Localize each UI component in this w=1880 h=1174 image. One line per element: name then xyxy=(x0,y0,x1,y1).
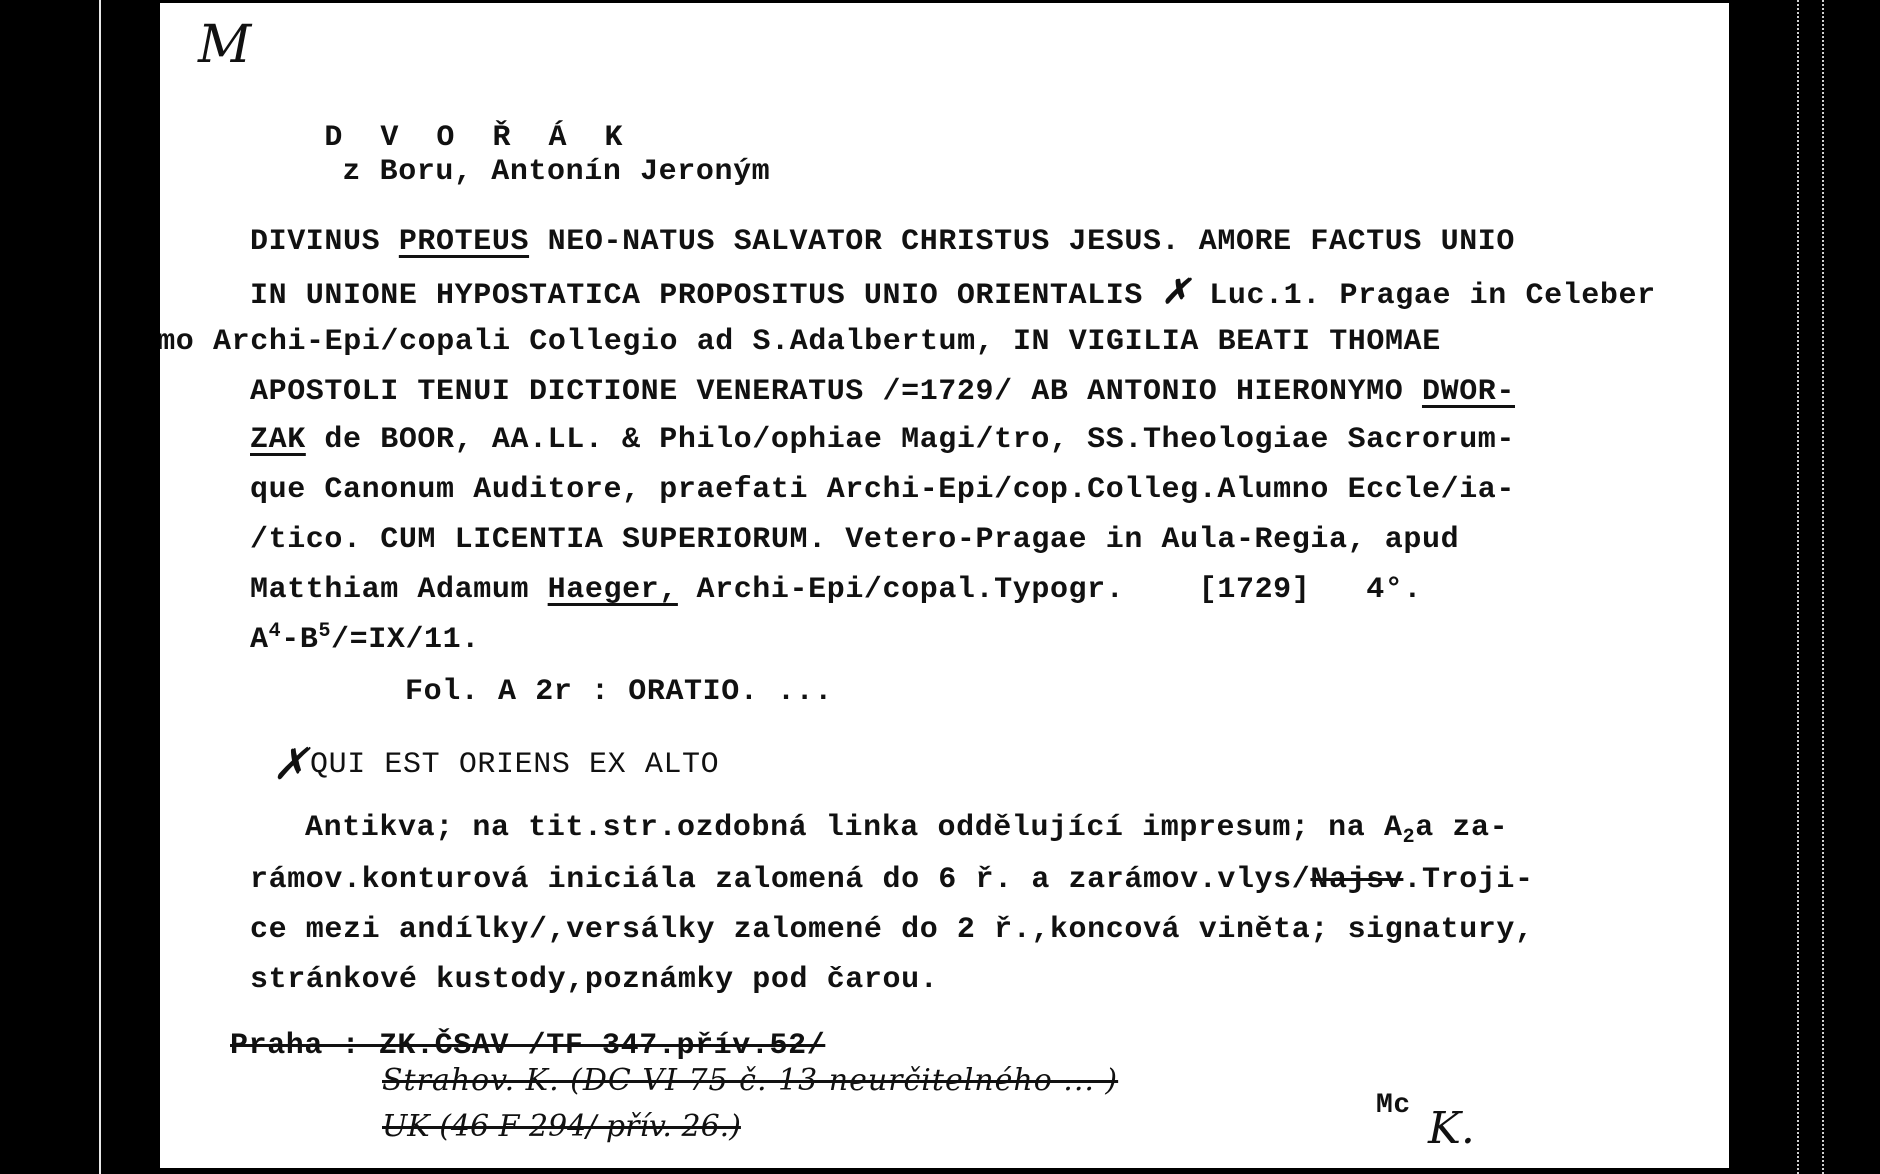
title-line-1: DIVINUS PROTEUS NEO-NATUS SALVATOR CHRIS… xyxy=(250,225,1515,259)
title-line-7: /tico. CUM LICENTIA SUPERIORUM. Vetero-P… xyxy=(250,523,1459,557)
scan-border-line-left xyxy=(99,0,101,1174)
handwritten-cross-mark: ✗ xyxy=(272,739,309,790)
folio-line: Fol. A 2r : ORATIO. ... xyxy=(405,675,833,709)
title-line-2: IN UNIONE HYPOSTATICA PROPOSITUS UNIO OR… xyxy=(250,275,1656,313)
handwritten-corner-mark: M xyxy=(198,15,251,75)
cataloger-initials: Mc xyxy=(1376,1089,1411,1123)
scan-border-line-right-2 xyxy=(1822,0,1824,1174)
title-line-5: ZAK de BOOR, AA.LL. & Philo/ophiae Magi/… xyxy=(250,423,1515,457)
author-forenames: z Boru, Antonín Jeroným xyxy=(342,155,770,189)
title-line-8: Matthiam Adamum Haeger, Archi-Epi/copal.… xyxy=(250,573,1422,607)
underlined-word: PROTEUS xyxy=(399,225,529,259)
author-surname: D V O Ř Á K xyxy=(324,121,632,155)
description-line-2: rámov.konturová iniciála zalomená do 6 ř… xyxy=(250,863,1534,897)
handwritten-cross-mark: ✗ xyxy=(1162,272,1191,312)
scan-border-line-right-1 xyxy=(1797,0,1799,1174)
collation-line: A4-B5/=IX/11. xyxy=(250,623,480,657)
handwritten-struck-note-2: UK (46 F 294/ přív. 26.) xyxy=(382,1109,741,1144)
author-heading: D V O Ř Á K z Boru, Antonín Jeroným xyxy=(250,87,770,223)
title-line-4: APOSTOLI TENUI DICTIONE VENERATUS /=1729… xyxy=(250,375,1515,409)
handwritten-initial: K. xyxy=(1428,1103,1475,1154)
holdings-struck-line: Praha : ZK.ČSAV /TF 347.přív.52/ xyxy=(230,1029,825,1063)
description-line-1: Antikva; na tit.str.ozdobná linka oddělu… xyxy=(305,811,1508,845)
description-line-3: ce mezi andílky/,versálky zalomené do 2 … xyxy=(250,913,1534,947)
struck-word: Najsv xyxy=(1310,863,1403,897)
incipit-line: QUI EST ORIENS EX ALTO xyxy=(310,748,719,782)
handwritten-struck-note-1: Strahov. K. (DC VI 75 č. 13 neurčitelnéh… xyxy=(382,1063,1118,1098)
underlined-word: Haeger, xyxy=(548,573,678,607)
description-line-4: stránkové kustody,poznámky pod čarou. xyxy=(250,963,938,997)
underlined-word: ZAK xyxy=(250,423,306,457)
underlined-word: DWOR- xyxy=(1422,375,1515,409)
title-line-6: que Canonum Auditore, praefati Archi-Epi… xyxy=(250,473,1515,507)
title-line-3: rimo Archi-Epi/copali Collegio ad S.Adal… xyxy=(160,325,1441,359)
margin-fragment: rimo xyxy=(160,325,194,359)
catalog-card: M D V O Ř Á K z Boru, Antonín Jeroným DI… xyxy=(160,3,1729,1168)
